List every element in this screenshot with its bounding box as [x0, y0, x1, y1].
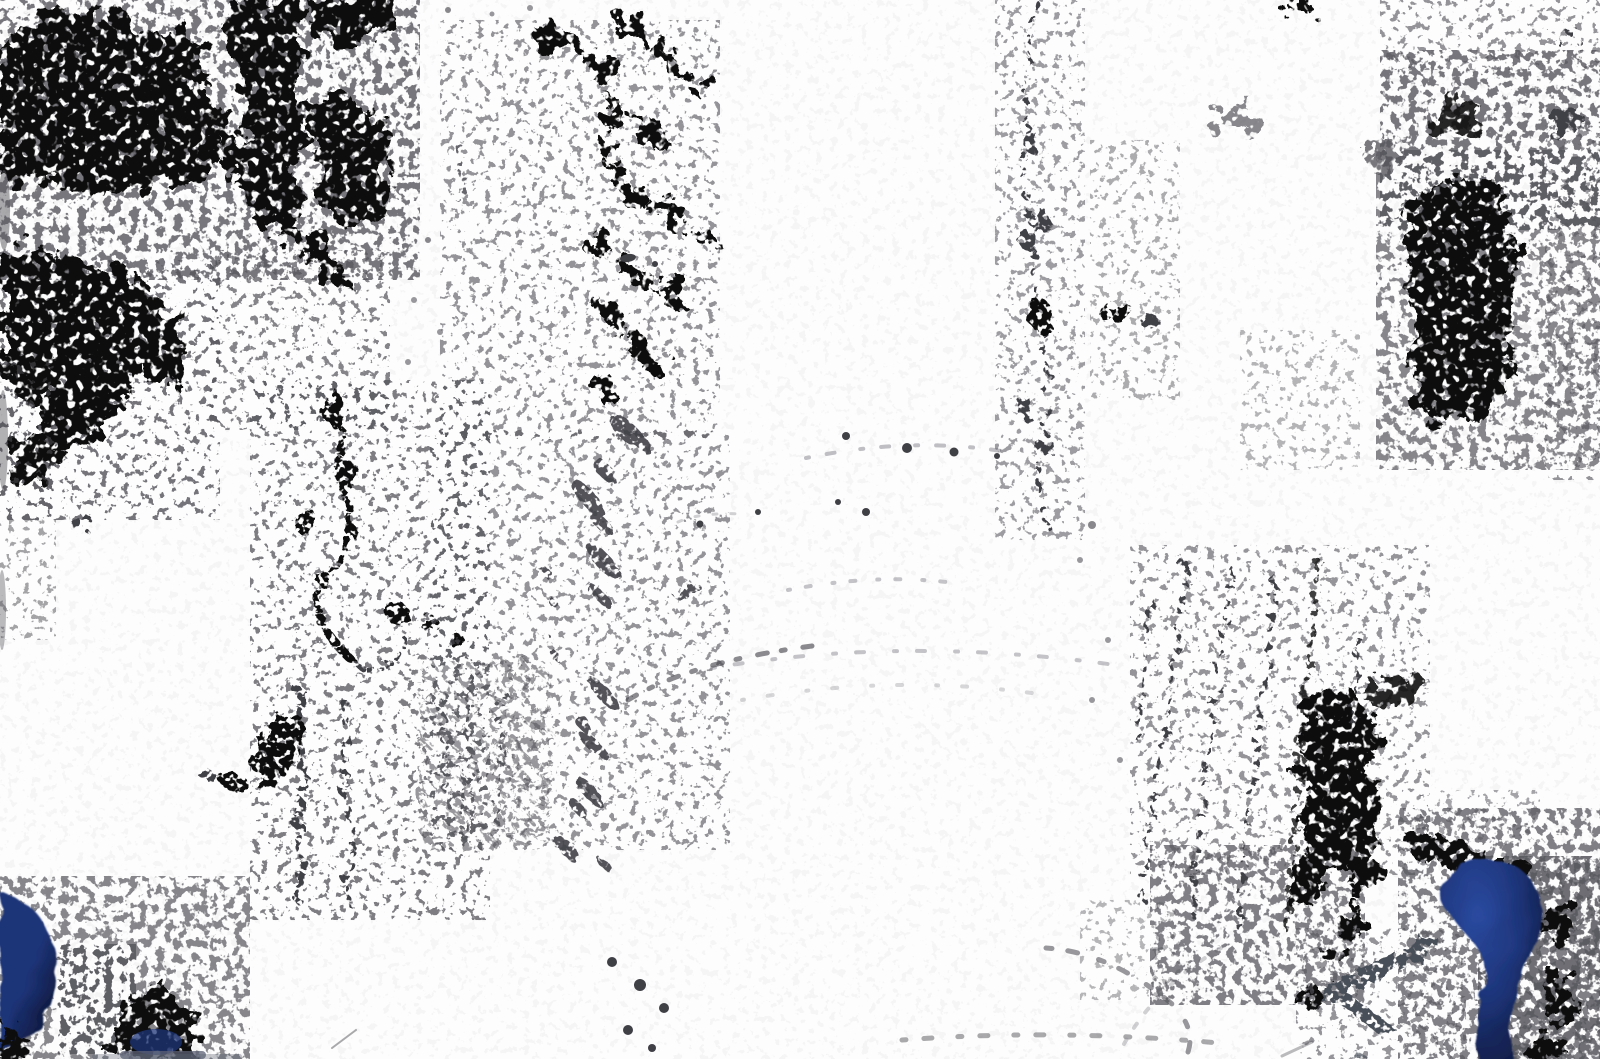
- speck-field: [0, 360, 56, 640]
- ink-blob: [1371, 150, 1399, 170]
- speck-field: [1090, 140, 1180, 400]
- speck-dot: [950, 448, 959, 457]
- ink-blob: [1215, 104, 1251, 132]
- speck-field: [1240, 330, 1360, 470]
- speck-dot: [445, 7, 451, 13]
- speck-dot: [425, 237, 431, 243]
- speck-dot: [1117, 757, 1123, 763]
- speck-dot: [862, 508, 870, 516]
- speck-field: [1130, 545, 1430, 875]
- speck-dot: [369, 117, 375, 123]
- streak-knot: [323, 398, 341, 426]
- speck-dot: [842, 432, 850, 440]
- speck-dot: [1088, 521, 1096, 529]
- ink-blob: [1406, 179, 1515, 422]
- speck-dot: [755, 509, 761, 515]
- speck-dot: [1089, 697, 1095, 703]
- speck-dot: [411, 297, 417, 303]
- navy-patch-bottom-left: [0, 876, 250, 1059]
- streak-knot: [1022, 128, 1038, 152]
- speck-dot: [1105, 637, 1111, 643]
- speck-dot: [542, 568, 550, 576]
- speck-dot: [545, 629, 551, 635]
- speck-dot: [1077, 557, 1083, 563]
- speck-field: [1080, 900, 1180, 1000]
- speck-field: [440, 20, 720, 440]
- speck-dot: [527, 5, 533, 11]
- streak-knot: [200, 771, 216, 781]
- grass-cluster: [420, 660, 550, 850]
- ink-blob: [1436, 102, 1488, 142]
- speck-dot: [549, 599, 556, 606]
- speck-field: [995, 0, 1085, 540]
- speck-dot: [634, 979, 646, 991]
- speck-dot: [490, 12, 495, 17]
- speck-dot: [437, 329, 443, 335]
- speck-dot: [405, 359, 411, 365]
- speck-dot: [553, 653, 560, 660]
- ink-blob: [1542, 106, 1578, 134]
- ink-blob: [1562, 28, 1582, 44]
- speck-dot: [835, 499, 841, 505]
- ink-blob: [1546, 974, 1574, 1026]
- smear: [92, 1054, 242, 1059]
- ink-blob: [1408, 830, 1432, 846]
- streak-knot: [1019, 230, 1033, 250]
- speck-dot: [392, 83, 398, 89]
- streak-knot: [1029, 298, 1051, 332]
- streak-knot: [1042, 439, 1054, 457]
- speck-dot: [902, 443, 912, 453]
- speck-field: [420, 660, 550, 850]
- speck-dot: [697, 521, 704, 528]
- streak-knot: [1031, 207, 1049, 233]
- ink-blob: [1540, 898, 1572, 942]
- speck-dot: [607, 957, 617, 967]
- speck-field: [1545, 120, 1600, 480]
- speck-dot: [652, 261, 658, 267]
- photo-canvas: Overexposed monochrome photograph of pal…: [0, 0, 1600, 1059]
- ink-blob: [1286, 0, 1314, 16]
- speck-dot: [648, 1044, 656, 1052]
- speck-dot: [623, 1025, 633, 1035]
- speck-dot: [659, 1003, 669, 1013]
- photograph: Overexposed monochrome photograph of pal…: [0, 0, 1600, 1059]
- streak-knot: [1017, 396, 1033, 420]
